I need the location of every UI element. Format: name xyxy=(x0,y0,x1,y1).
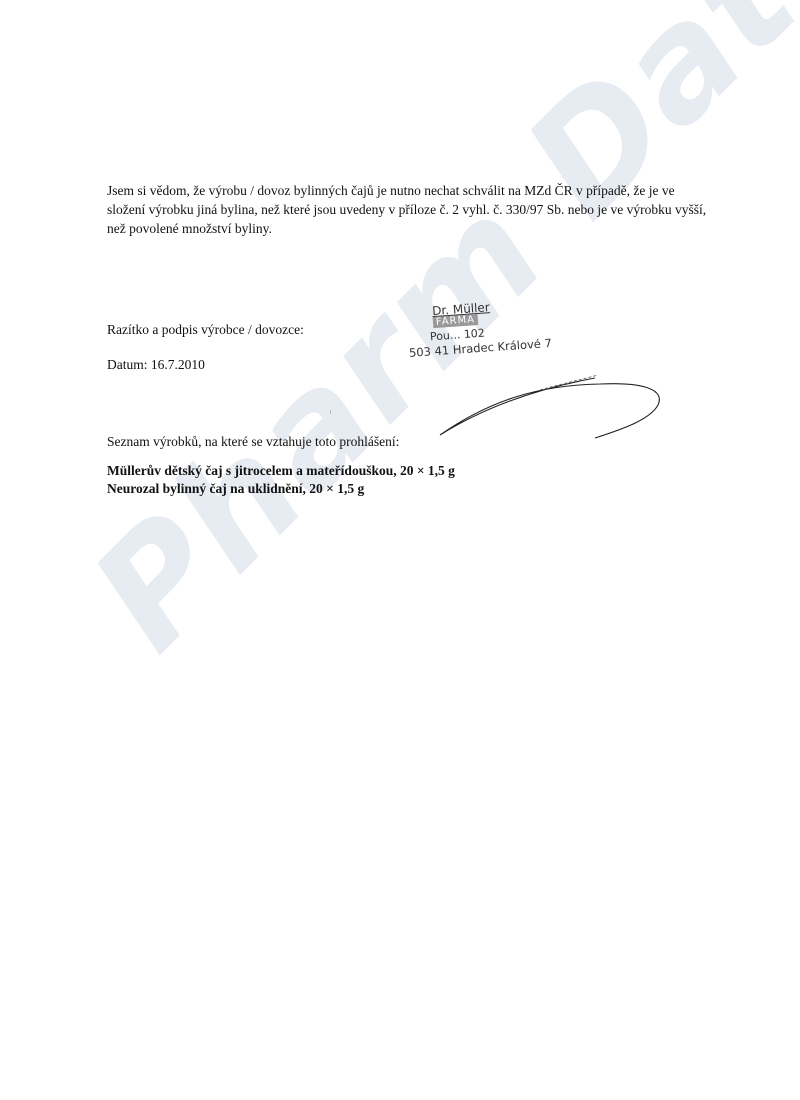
stamp-line-company: FARMA xyxy=(433,314,479,328)
product-item: Müllerův dětský čaj s jitrocelem a mateř… xyxy=(107,462,455,480)
declaration-paragraph: Jsem si vědom, že výrobu / dovoz bylinný… xyxy=(107,181,707,238)
stamp-signature-label: Razítko a podpis výrobce / dovozce: xyxy=(107,320,304,339)
product-list-label: Seznam výrobků, na které se vztahuje tot… xyxy=(107,432,399,451)
scan-artifact xyxy=(330,410,331,414)
date-label: Datum: 16.7.2010 xyxy=(107,355,205,374)
product-list: Müllerův dětský čaj s jitrocelem a mateř… xyxy=(107,462,455,498)
handwritten-signature xyxy=(420,360,670,450)
product-item: Neurozal bylinný čaj na uklidnění, 20 × … xyxy=(107,480,455,498)
document-page: Pharm Data s.r.o. Jsem si vědom, že výro… xyxy=(0,0,800,1100)
